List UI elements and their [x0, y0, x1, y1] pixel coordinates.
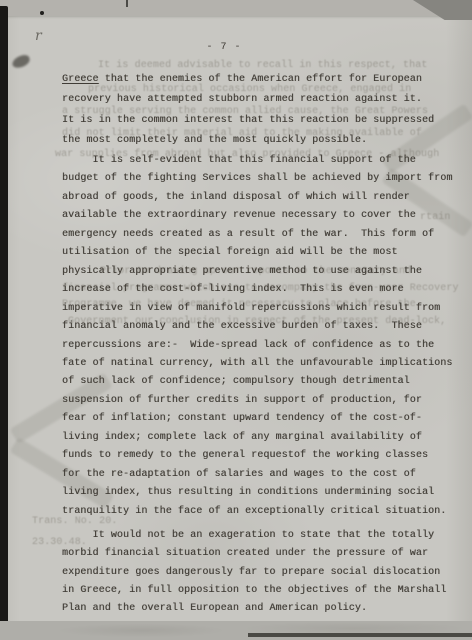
page-number: - 7 - — [204, 42, 244, 53]
text-line: abroad of goods, the inland disposal of … — [62, 189, 452, 207]
text-line: repercussions are:- Wide-spread lack of … — [62, 337, 452, 355]
text-line: living index; complete lack of any margi… — [62, 429, 452, 447]
paragraph-financial-support: It is self-evident that this financial s… — [62, 152, 452, 521]
paragraph-greece-reaction: Greece that the enemies of the American … — [62, 70, 434, 151]
text-line: morbid financial situation created under… — [62, 545, 446, 563]
text-line: fear of inflation; constant upward tende… — [62, 410, 452, 428]
text-line: of such lack of confidence; compulsory t… — [62, 373, 452, 391]
text-line: available the extraordinary revenue nece… — [62, 207, 452, 225]
scanner-edge-left — [0, 6, 8, 626]
text-line: It is self-evident that this financial s… — [62, 152, 452, 170]
scanner-band-bottom — [0, 621, 472, 640]
text-line: emergency needs created as a result of t… — [62, 226, 452, 244]
text-line: in Greece, in full opposition to the obj… — [62, 582, 446, 600]
text-line: financial anomaly and the excessive burd… — [62, 318, 452, 336]
text-line: Plan and the overall European and Americ… — [62, 600, 446, 618]
scanned-document-page: It is deemed advisable to recall in this… — [0, 0, 472, 640]
text-line: It would not be an exageration to state … — [62, 527, 446, 545]
text-line: the most completely and the most quickly… — [62, 131, 434, 151]
text-line: living index, thus resulting in conditio… — [62, 484, 452, 502]
scan-artifact-line — [248, 633, 472, 637]
text-line: Greece that the enemies of the American … — [62, 70, 434, 90]
text-line: fate of natinal currency, with all the u… — [62, 355, 452, 373]
text-line: increase of the cost-of-living index. Th… — [62, 281, 452, 299]
handwritten-mark: r — [35, 28, 42, 44]
underlined-word: Greece — [62, 74, 99, 85]
text-line: funds to remedy to the general requestof… — [62, 447, 452, 465]
text-line: suspension of further credits in support… — [62, 392, 452, 410]
text-line: tranquility in the face of an exceptiona… — [62, 503, 452, 521]
text-line: recovery have attempted stubborn armed r… — [62, 90, 434, 110]
text-line: It is in the common interest that this r… — [62, 111, 434, 131]
text-line: imperative in view of manifold repercuss… — [62, 300, 452, 318]
text-line: physically appropriate preventive method… — [62, 263, 452, 281]
text-line: utilisation of the special foreign aid w… — [62, 244, 452, 262]
paragraph-conclusion: It would not be an exageration to state … — [62, 527, 446, 618]
text-line: expenditure goes dangerously far to prep… — [62, 564, 446, 582]
text-line: budget of the fighting Services shall be… — [62, 170, 452, 188]
text-line: for the re-adaptation of salaries and wa… — [62, 466, 452, 484]
